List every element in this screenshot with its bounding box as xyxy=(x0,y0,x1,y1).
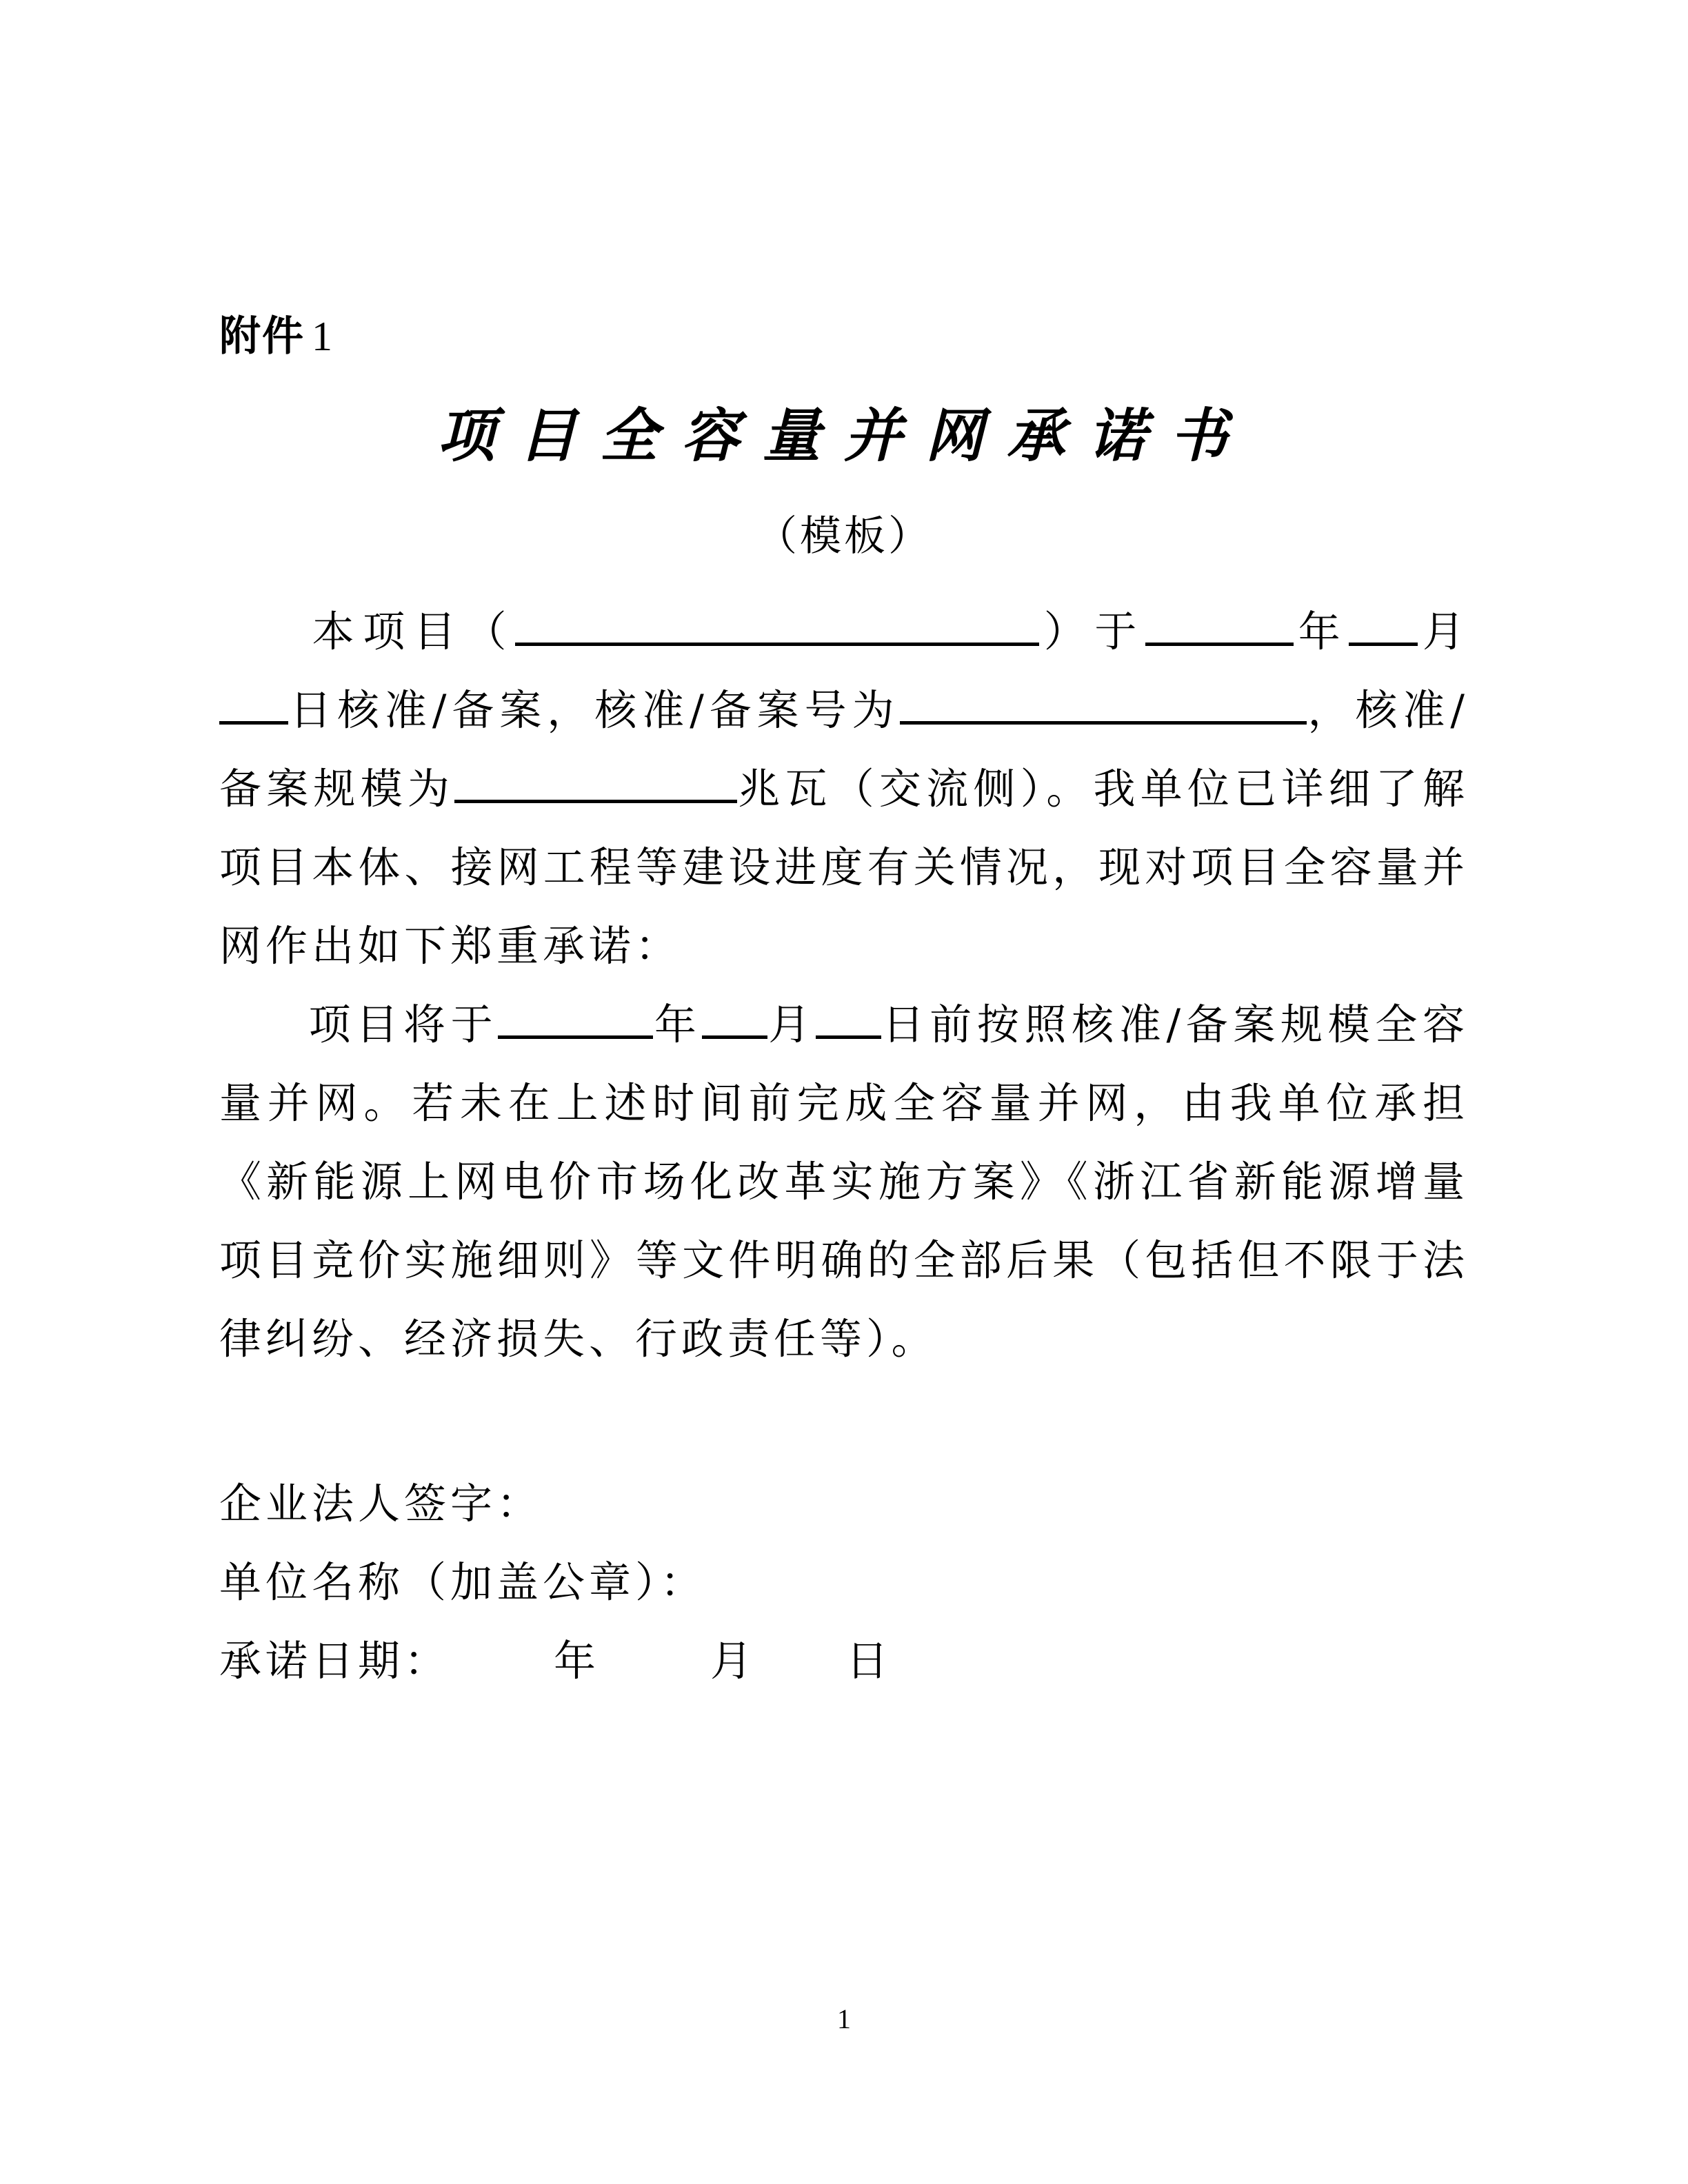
text: 年 xyxy=(653,1000,701,1049)
approval-month-blank[interactable] xyxy=(1349,603,1418,646)
paragraph-commitment: 项目将于年月日前按照核准/备案规模全容量并网。若未在上述时间前完成全容量并网，由… xyxy=(219,986,1469,1379)
legal-rep-label: 企业法人签字： xyxy=(219,1479,543,1528)
legal-rep-signature-row[interactable]: 企业法人签字： xyxy=(219,1465,892,1544)
unit-name-label: 单位名称（加盖公章）： xyxy=(219,1558,707,1607)
commitment-date-row[interactable]: 承诺日期：年月日 xyxy=(219,1622,892,1701)
text: 核准/备案，核准/备案号为 xyxy=(337,686,900,735)
document-page: 附件1 项目全容量并网承诺书 （模板） 本项目（）于年月日核准/备案，核准/备案… xyxy=(0,0,1688,2184)
paragraph-project-info: 本项目（）于年月日核准/备案，核准/备案号为，核准/备案规模为兆瓦（交流侧）。我… xyxy=(219,593,1469,986)
text: 月 xyxy=(767,1000,816,1049)
document-title: 项目全容量并网承诺书 xyxy=(0,390,1688,473)
grid-month-blank[interactable] xyxy=(702,995,767,1039)
unit-name-row[interactable]: 单位名称（加盖公章）： xyxy=(219,1544,892,1622)
approval-day-blank[interactable] xyxy=(219,681,288,725)
document-subtitle: （模板） xyxy=(0,503,1688,563)
page-number: 1 xyxy=(0,2003,1688,2035)
attachment-label-text: 附件 xyxy=(219,312,305,361)
text: 年 xyxy=(1294,607,1349,656)
date-year-label: 年 xyxy=(554,1637,600,1686)
approval-number-blank[interactable] xyxy=(900,681,1307,725)
capacity-blank[interactable] xyxy=(454,760,737,803)
text: 本项目（ xyxy=(308,607,515,656)
approval-year-blank[interactable] xyxy=(1145,603,1294,646)
document-body: 本项目（）于年月日核准/备案，核准/备案号为，核准/备案规模为兆瓦（交流侧）。我… xyxy=(219,593,1469,1379)
project-name-blank[interactable] xyxy=(515,603,1039,646)
text: 月 xyxy=(1418,607,1469,656)
attachment-number: 1 xyxy=(312,314,334,359)
text: ）于 xyxy=(1039,607,1145,656)
text: 日 xyxy=(288,686,337,735)
date-day-label: 日 xyxy=(846,1637,892,1686)
date-month-label: 月 xyxy=(710,1637,756,1686)
grid-year-blank[interactable] xyxy=(498,995,653,1039)
text: 日前按照核准/备案规模全容量并网。若未在上述时间前完成全容量并网，由我单位承担《… xyxy=(219,1000,1469,1364)
signature-block: 企业法人签字： 单位名称（加盖公章）： 承诺日期：年月日 xyxy=(219,1465,892,1701)
text: 项目将于 xyxy=(308,1000,498,1049)
attachment-label: 附件1 xyxy=(219,303,334,363)
grid-day-blank[interactable] xyxy=(816,995,881,1039)
text: 为 xyxy=(408,765,454,813)
date-label: 承诺日期： xyxy=(219,1637,450,1686)
